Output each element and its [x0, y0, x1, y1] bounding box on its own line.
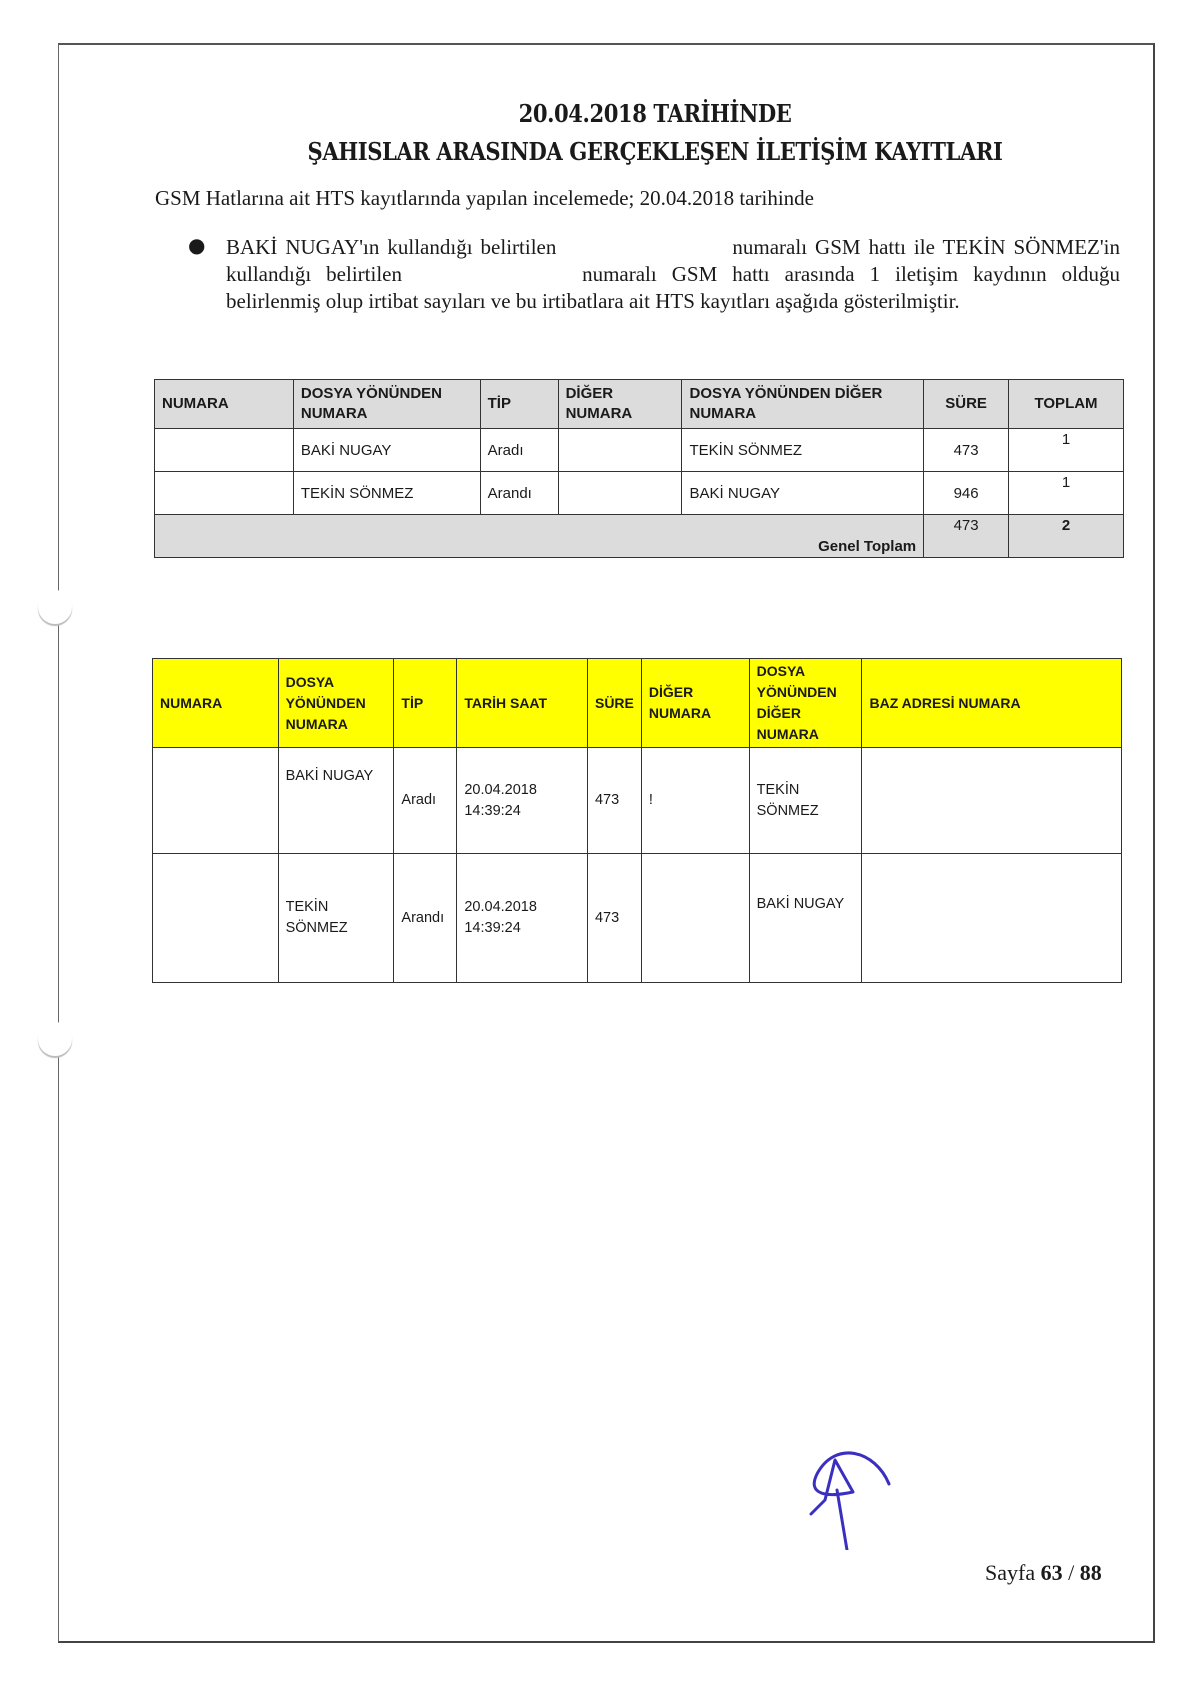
paragraph-part: BAKİ NUGAY'ın kullandığı belirtilen: [226, 235, 556, 259]
cell-sure: 946: [924, 472, 1009, 515]
column-header: TİP: [394, 659, 457, 748]
table-row: TEKİN SÖNMEZ Arandı BAKİ NUGAY 946 1: [155, 472, 1124, 515]
cell-tip: Arandı: [480, 472, 558, 515]
summary-table: NUMARA DOSYA YÖNÜNDEN NUMARA TİP DİĞER N…: [154, 379, 1124, 558]
column-header: TİP: [480, 380, 558, 429]
column-header: TARİH SAAT: [457, 659, 588, 748]
column-header: SÜRE: [587, 659, 641, 748]
page-subtitle: ŞAHISLAR ARASINDA GERÇEKLEŞEN İLETİŞİM K…: [193, 137, 1117, 166]
cell-tarih-saat: 20.04.201814:39:24: [457, 854, 588, 983]
page-label: Sayfa: [985, 1560, 1035, 1585]
bullet-icon: ●: [188, 233, 205, 257]
page-title: 20.04.2018 TARİHİNDE: [193, 99, 1117, 128]
total-sure: 473: [924, 515, 1009, 558]
table-row: BAKİ NUGAY Aradı 20.04.201814:39:24 473 …: [153, 748, 1122, 854]
column-header: SÜRE: [924, 380, 1009, 429]
column-header: DİĞER NUMARA: [558, 380, 682, 429]
column-header: DOSYA YÖNÜNDEN DİĞER NUMARA: [749, 659, 862, 748]
date-text: 20.04.2018: [464, 782, 537, 798]
column-header: NUMARA: [155, 380, 294, 429]
cell-tip: Aradı: [394, 748, 457, 854]
page-total: 88: [1080, 1560, 1102, 1585]
cell-sure: 473: [924, 429, 1009, 472]
cell-dosya-numara: BAKİ NUGAY: [293, 429, 480, 472]
cell-numara: [153, 748, 279, 854]
cell-numara: [155, 429, 294, 472]
date-text: 20.04.2018: [464, 899, 537, 915]
table-header-row: NUMARA DOSYA YÖNÜNDEN NUMARA TİP TARİH S…: [153, 659, 1122, 748]
cell-tip: Arandı: [394, 854, 457, 983]
cell-dosya-numara: TEKİN SÖNMEZ: [278, 854, 394, 983]
table-header-row: NUMARA DOSYA YÖNÜNDEN NUMARA TİP DİĞER N…: [155, 380, 1124, 429]
cell-toplam: 1: [1009, 429, 1124, 472]
cell-dosya-numara: TEKİN SÖNMEZ: [293, 472, 480, 515]
punch-hole: [38, 1022, 72, 1056]
column-header: DİĞER NUMARA: [641, 659, 749, 748]
signature-icon: [795, 1440, 905, 1550]
cell-numara: [153, 854, 279, 983]
column-header: TOPLAM: [1009, 380, 1124, 429]
page-current: 63: [1041, 1560, 1063, 1585]
detail-table: NUMARA DOSYA YÖNÜNDEN NUMARA TİP TARİH S…: [152, 658, 1122, 983]
total-row: Genel Toplam 473 2: [155, 515, 1124, 558]
intro-text: GSM Hatlarına ait HTS kayıtlarında yapıl…: [155, 186, 814, 211]
cell-diger-numara: !: [641, 748, 749, 854]
column-header: DOSYA YÖNÜNDEN NUMARA: [278, 659, 394, 748]
cell-numara: [155, 472, 294, 515]
cell-dosya-diger: TEKİN SÖNMEZ: [749, 748, 862, 854]
cell-sure: 473: [587, 748, 641, 854]
table-row: BAKİ NUGAY Aradı TEKİN SÖNMEZ 473 1: [155, 429, 1124, 472]
cell-sure: 473: [587, 854, 641, 983]
cell-tarih-saat: 20.04.201814:39:24: [457, 748, 588, 854]
cell-diger-numara: [641, 854, 749, 983]
total-label: Genel Toplam: [155, 515, 924, 558]
column-header: BAZ ADRESİ NUMARA: [862, 659, 1122, 748]
table-row: TEKİN SÖNMEZ Arandı 20.04.201814:39:24 4…: [153, 854, 1122, 983]
total-toplam: 2: [1009, 515, 1124, 558]
cell-dosya-diger: BAKİ NUGAY: [749, 854, 862, 983]
column-header: DOSYA YÖNÜNDEN DİĞER NUMARA: [682, 380, 924, 429]
punch-hole: [38, 590, 72, 624]
cell-dosya-diger: TEKİN SÖNMEZ: [682, 429, 924, 472]
page-separator: /: [1068, 1560, 1074, 1585]
column-header: NUMARA: [153, 659, 279, 748]
cell-dosya-diger: BAKİ NUGAY: [682, 472, 924, 515]
time-text: 14:39:24: [464, 803, 520, 819]
time-text: 14:39:24: [464, 920, 520, 936]
cell-diger-numara: [558, 472, 682, 515]
column-header: DOSYA YÖNÜNDEN NUMARA: [293, 380, 480, 429]
description-paragraph: BAKİ NUGAY'ın kullandığı belirtilen numa…: [226, 234, 1120, 315]
cell-tip: Aradı: [480, 429, 558, 472]
cell-toplam: 1: [1009, 472, 1124, 515]
cell-baz: [862, 748, 1122, 854]
page-number: Sayfa 63 / 88: [985, 1560, 1102, 1586]
cell-diger-numara: [558, 429, 682, 472]
cell-dosya-numara: BAKİ NUGAY: [278, 748, 394, 854]
cell-baz: [862, 854, 1122, 983]
